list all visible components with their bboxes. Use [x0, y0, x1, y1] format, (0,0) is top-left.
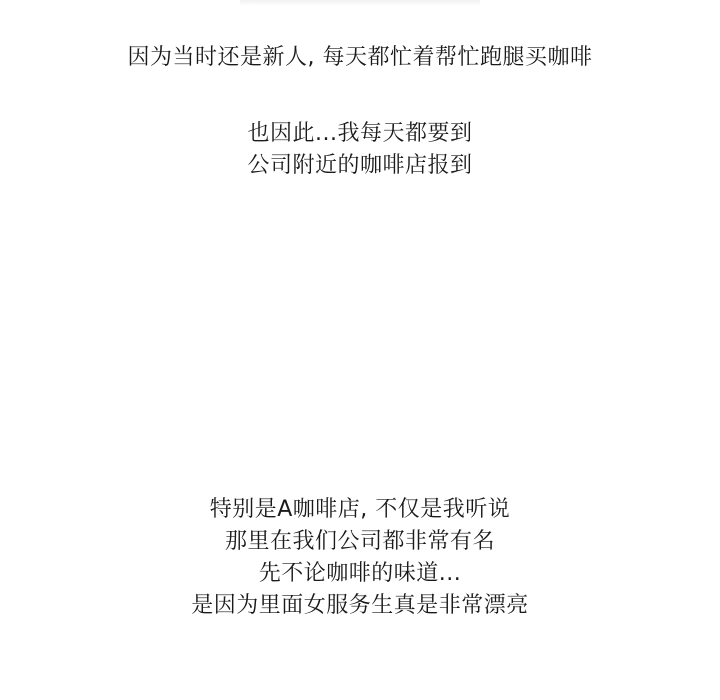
caption-line: 那里在我们公司都非常有名	[0, 526, 720, 558]
caption-line: 公司附近的咖啡店报到	[0, 150, 720, 182]
caption-block-1: 因为当时还是新人, 每天都忙着帮忙跑腿买咖啡	[0, 42, 720, 74]
caption-block-3: 特别是A咖啡店, 不仅是我听说 那里在我们公司都非常有名 先不论咖啡的味道...…	[0, 494, 720, 622]
caption-line: 先不论咖啡的味道...	[0, 558, 720, 590]
caption-line: 特别是A咖啡店, 不仅是我听说	[0, 494, 720, 526]
top-edge-fade	[240, 0, 480, 6]
caption-line: 是因为里面女服务生真是非常漂亮	[0, 590, 720, 622]
caption-line: 因为当时还是新人, 每天都忙着帮忙跑腿买咖啡	[0, 42, 720, 74]
caption-block-2: 也因此...我每天都要到 公司附近的咖啡店报到	[0, 118, 720, 182]
caption-line: 也因此...我每天都要到	[0, 118, 720, 150]
